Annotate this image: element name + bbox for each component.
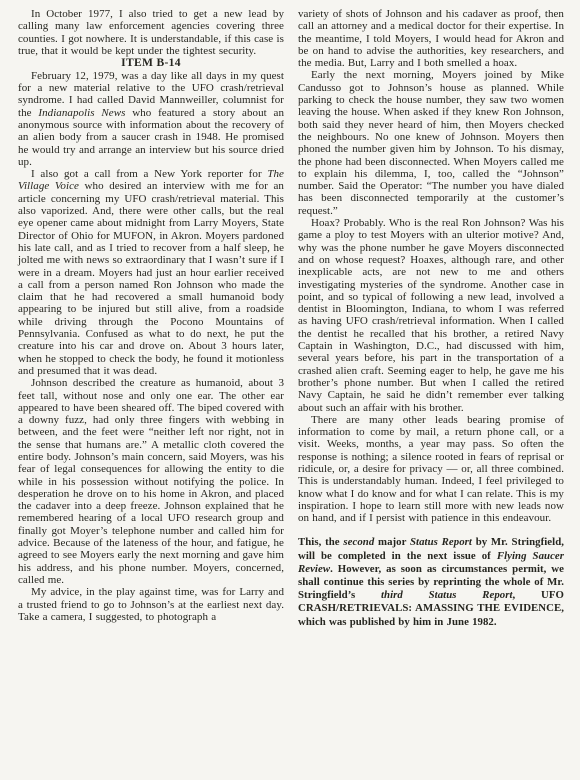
paragraph-my-advice: My advice, in the play against time, was… bbox=[18, 586, 284, 623]
left-column: In October 1977, I also tried to get a n… bbox=[18, 8, 284, 629]
text-segment-italic: Status Report bbox=[410, 536, 472, 548]
text-segment: I also got a call from a New York report… bbox=[31, 168, 267, 180]
paragraph-october-1977: In October 1977, I also tried to get a n… bbox=[18, 8, 284, 57]
scanned-book-page: In October 1977, I also tried to get a n… bbox=[0, 0, 580, 629]
paragraph-village-voice-call: I also got a call from a New York report… bbox=[18, 168, 284, 377]
publication-name-indianapolis-news: Indianapolis News bbox=[38, 107, 125, 119]
text-segment: This, the bbox=[298, 536, 343, 548]
editor-note: This, the second major Status Report by … bbox=[298, 536, 564, 628]
right-column: variety of shots of Johnson and his cada… bbox=[298, 8, 564, 629]
text-segment-italic: third Status Report bbox=[381, 589, 513, 601]
paragraph-other-leads: There are many other leads bearing promi… bbox=[298, 414, 564, 525]
paragraph-next-morning: Early the next morning, Moyers joined by… bbox=[298, 69, 564, 217]
text-segment-italic: second bbox=[343, 536, 374, 548]
item-b14-heading: ITEM B-14 bbox=[18, 57, 284, 70]
paragraph-variety-of-shots: variety of shots of Johnson and his cada… bbox=[298, 8, 564, 69]
paragraph-february-1979: February 12, 1979, was a day like all da… bbox=[18, 70, 284, 168]
paragraph-hoax-probably: Hoax? Probably. Who is the real Ron John… bbox=[298, 217, 564, 414]
text-segment: major bbox=[374, 536, 410, 548]
text-segment: who desired an interview with me for an … bbox=[18, 180, 284, 376]
paragraph-creature-description: Johnson described the creature as humano… bbox=[18, 377, 284, 586]
